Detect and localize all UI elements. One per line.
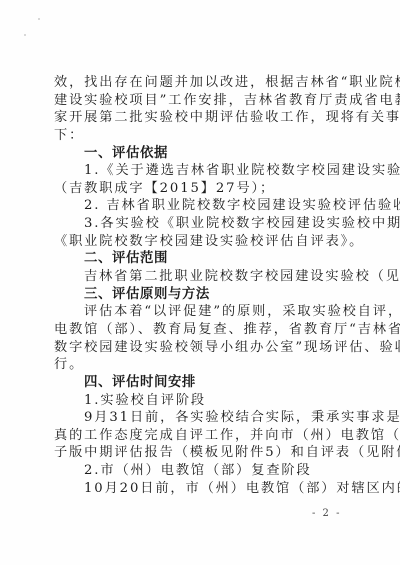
section-heading-schedule: 四、评估时间安排	[54, 374, 352, 392]
list-item: 3.各实验校《职业院校数字校园建设实验校中期评估报告》、	[54, 215, 352, 233]
list-item: 1.《关于遴选吉林省职业院校数字校园建设实验校的通知》	[54, 162, 352, 180]
paragraph-line: 建设实验校项目”工作安排，吉林省教育厅责成省电教馆组织专	[54, 92, 352, 110]
scan-speck	[38, 18, 40, 20]
paragraph-line: 行。	[54, 356, 352, 374]
list-item: 2.市（州）电教馆（部）复查阶段	[54, 462, 352, 480]
section-heading-scope: 二、评估范围	[54, 250, 352, 268]
paragraph-line: 评估本着“以评促建”的原则，采取实验校自评，市（州）	[54, 303, 352, 321]
paragraph-line: 子版中期评估报告（模板见附件5）和自评表（见附件6）。	[54, 444, 352, 462]
document-page: 效，找出存在问题并加以改进，根据吉林省“职业院校数字校园 建设实验校项目”工作安…	[0, 0, 400, 565]
paragraph-line: 9月31日前，各实验校结合实际，秉承实事求是、严谨认	[54, 409, 352, 427]
paragraph-line: （吉教职成字【2015】27号）；	[54, 180, 352, 198]
list-item: 1.实验校自评阶段	[54, 392, 352, 410]
paragraph-line: 真的工作态度完成自评工作，并向市（州）电教馆（部）提交电	[54, 427, 352, 445]
paragraph-line: 效，找出存在问题并加以改进，根据吉林省“职业院校数字校园	[54, 74, 352, 92]
paragraph-line: 电教馆（部）、教育局复查、推荐，省教育厅“吉林省职业院校	[54, 321, 352, 339]
list-item: 2. 吉林省职业院校数字校园建设实验校评估验收标准；	[54, 197, 352, 215]
page-number: - 2 -	[312, 508, 341, 519]
paragraph-line: 《职业院校数字校园建设实验校评估自评表》。	[54, 233, 352, 251]
document-body: 效，找出存在问题并加以改进，根据吉林省“职业院校数字校园 建设实验校项目”工作安…	[54, 74, 352, 497]
section-heading-principles: 三、评估原则与方法	[54, 286, 352, 304]
section-heading-basis: 一、评估依据	[54, 145, 352, 163]
paragraph-line: 数字校园建设实验校领导小组办公室”现场评估、验收的方式进	[54, 339, 352, 357]
scan-speck	[24, 34, 26, 36]
paragraph-line: 吉林省第二批职业院校数字校园建设实验校（见附件4）	[54, 268, 352, 286]
paragraph-line: 家开展第二批实验校中期评估验收工作，现将有关事项通知如	[54, 109, 352, 127]
paragraph-line: 10月20日前，市（州）电教馆（部）对辖区内的实验校进	[54, 480, 352, 498]
paragraph-line: 下：	[54, 127, 352, 145]
